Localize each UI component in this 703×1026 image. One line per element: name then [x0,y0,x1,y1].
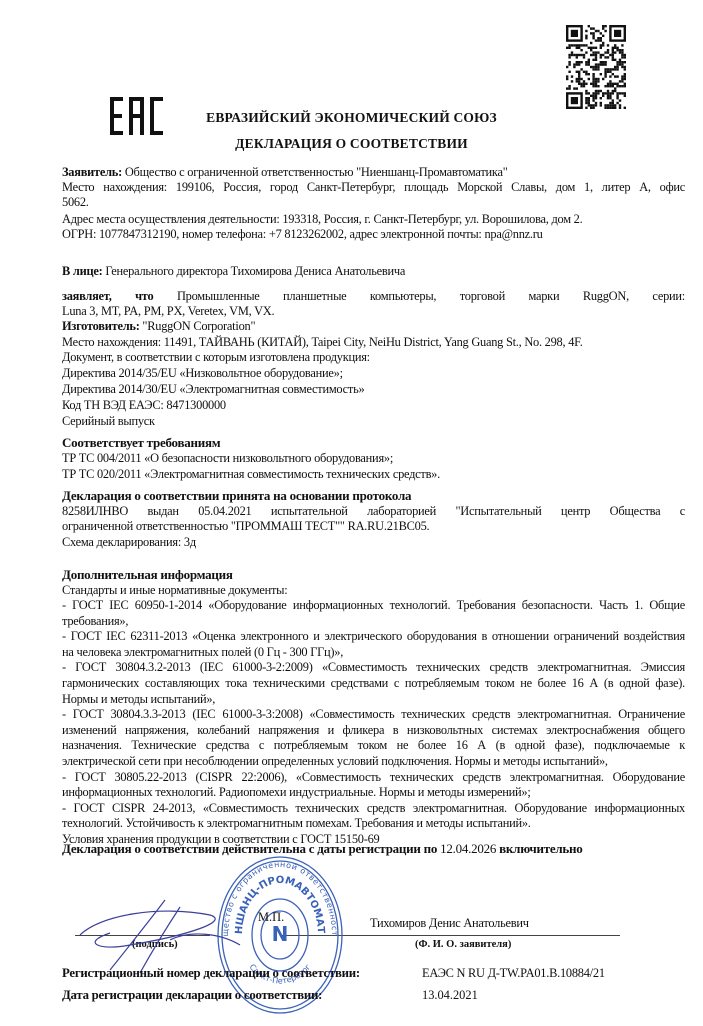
validity-suffix: включительно [496,841,582,856]
declaration-scheme: Схема декларирования: 3д [62,535,196,550]
requirement-item: ТР ТС 004/2011 «О безопасности низковоль… [62,451,393,466]
standards-intro: Стандарты и иные нормативные документы: [62,583,287,598]
protocol-heading: Декларация о соответствии принята на осн… [62,488,411,503]
registration-number-value: ЕАЭС N RU Д-TW.PA01.B.10884/21 [422,966,605,981]
qr-code-icon[interactable] [566,25,626,109]
signer-name: Тихомиров Денис Анатольевич [370,916,529,931]
protocol-line-2: ограниченной ответственностью "ПРОММАШ Т… [62,519,429,534]
directive-2: Директива 2014/30/EU «Электромагнитная с… [62,382,364,397]
manufacturer-doc-intro: Документ, в соответствии с которым изгот… [62,350,370,365]
manufacturer-name: "RuggON Corporation" [140,319,256,333]
representative-label: В лице: [62,264,102,278]
release-type: Серийный выпуск [62,414,155,429]
declares-product: Промышленные планшетные компьютеры, торг… [153,289,685,303]
name-caption: (Ф. И. О. заявителя) [415,939,511,950]
requirements-heading: Соответствует требованиям [62,435,220,450]
representative-value: Генерального директора Тихомирова Дениса… [102,264,405,278]
declares-line-2: Luna 3, MT, PA, PM, PX, Veretex, VM, VX. [62,304,274,319]
additional-heading: Дополнительная информация [62,567,233,582]
applicant-contacts: ОГРН: 1077847312190, номер телефона: +7 … [62,227,543,242]
registration-date-label: Дата регистрации декларации о соответств… [62,988,322,1003]
standards-line: на человека электромагнитных полей (0 Гц… [62,645,343,660]
declares-label: заявляет, что [62,289,153,303]
registration-number-label: Регистрационный номер декларации о соотв… [62,966,360,981]
standards-line: Нормы и методы испытаний», [62,692,215,707]
signature-scribble [70,885,250,975]
standards-line: - ГОСТ IEC 60950-1-2014 «Оборудование ин… [62,598,685,628]
tn-ved-code: Код ТН ВЭД ЕАЭС: 8471300000 [62,398,226,413]
stamp-placeholder-label: М.П. [258,910,284,925]
directive-1: Директива 2014/35/EU «Низковольтное обор… [62,366,343,381]
standards-line: технологий. Устойчивость к электромагнит… [62,816,531,831]
representative-line: В лице: Генерального директора Тихомиров… [62,264,405,279]
svg-text:N: N [272,922,289,946]
standards-line: электрической сети при несоблюдении опре… [62,754,608,769]
applicant-name: Общество с ограниченной ответственностью… [122,165,508,179]
manufacturer-line: Изготовитель: "RuggON Corporation" [62,319,255,334]
applicant-line: Заявитель: Общество с ограниченной ответ… [62,165,508,180]
manufacturer-label: Изготовитель: [62,319,140,333]
applicant-location-2: 5062. [62,195,89,210]
standards-line: информационных технологий. Радиопомехи и… [62,785,531,800]
validity-date: 12.04.2026 [440,841,496,856]
union-title: ЕВРАЗИЙСКИЙ ЭКОНОМИЧЕСКИЙ СОЮЗ [0,110,703,126]
applicant-label: Заявитель: [62,165,122,179]
standards-line: требования», [62,614,128,629]
registration-date-value: 13.04.2021 [422,988,478,1003]
applicant-location-1: Место нахождения: 199106, Россия, город … [62,180,685,210]
applicant-activity-address: Адрес места осуществления деятельности: … [62,212,582,227]
document-title: ДЕКЛАРАЦИЯ О СООТВЕТСТВИИ [0,136,703,152]
requirement-item: ТР ТС 020/2011 «Электромагнитная совмест… [62,467,440,482]
manufacturer-location: Место нахождения: 11491, ТАЙВАНЬ (КИТАЙ)… [62,335,583,350]
